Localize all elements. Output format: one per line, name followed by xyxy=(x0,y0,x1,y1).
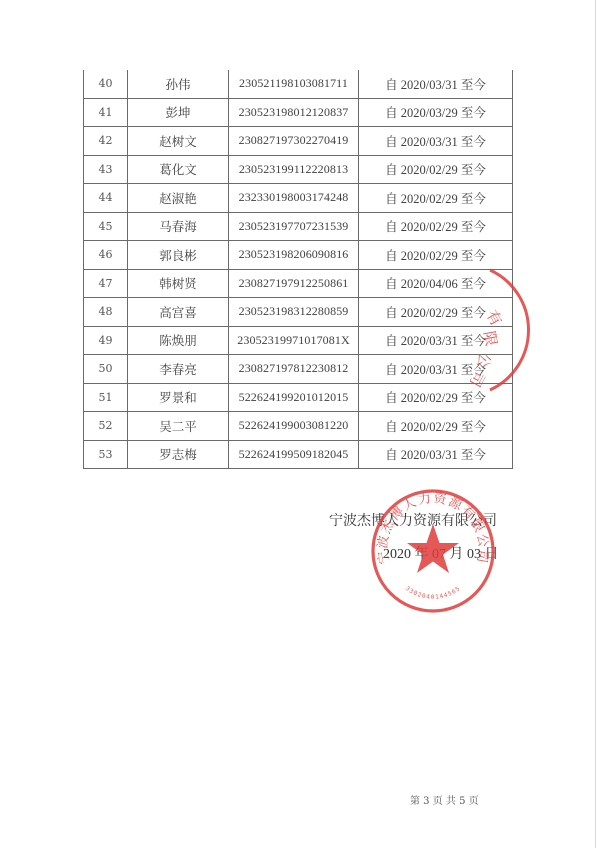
row-number: 50 xyxy=(84,355,128,384)
row-number: 43 xyxy=(84,155,128,184)
page-edge xyxy=(595,0,596,848)
employee-name: 吴二平 xyxy=(128,412,229,441)
table-row: 41彭坤230523198012120837自 2020/03/29 至今 xyxy=(84,98,513,127)
id-number: 230523198012120837 xyxy=(229,98,359,127)
employment-period: 自 2020/02/29 至今 xyxy=(359,212,513,241)
row-number: 48 xyxy=(84,298,128,327)
id-number: 522624199003081220 xyxy=(229,412,359,441)
employment-period: 自 2020/02/29 至今 xyxy=(359,298,513,327)
employee-name: 郭良彬 xyxy=(128,241,229,270)
id-number: 23052319971017081X xyxy=(229,326,359,355)
table-row: 44赵淑艳232330198003174248自 2020/02/29 至今 xyxy=(84,184,513,213)
row-number: 46 xyxy=(84,241,128,270)
row-number: 40 xyxy=(84,70,128,98)
id-number: 230523198206090816 xyxy=(229,241,359,270)
employment-period: 自 2020/03/31 至今 xyxy=(359,440,513,469)
table-row: 51罗景和522624199201012015自 2020/02/29 至今 xyxy=(84,383,513,412)
svg-text:3302040144565: 3302040144565 xyxy=(404,585,462,601)
employment-period: 自 2020/03/31 至今 xyxy=(359,127,513,156)
row-number: 51 xyxy=(84,383,128,412)
row-number: 53 xyxy=(84,440,128,469)
table-row: 50李春亮230827197812230812自 2020/03/31 至今 xyxy=(84,355,513,384)
employee-name: 陈焕朋 xyxy=(128,326,229,355)
employment-period: 自 2020/03/31 至今 xyxy=(359,70,513,98)
row-number: 52 xyxy=(84,412,128,441)
id-number: 230827197302270419 xyxy=(229,127,359,156)
employee-name: 罗景和 xyxy=(128,383,229,412)
id-number: 522624199201012015 xyxy=(229,383,359,412)
id-number: 230523198312280859 xyxy=(229,298,359,327)
employment-period: 自 2020/03/29 至今 xyxy=(359,98,513,127)
table-row: 49陈焕朋23052319971017081X自 2020/03/31 至今 xyxy=(84,326,513,355)
employee-table-body: 40孙伟230521198103081711自 2020/03/31 至今41彭… xyxy=(84,70,513,469)
id-number: 230827197812230812 xyxy=(229,355,359,384)
employment-period: 自 2020/03/31 至今 xyxy=(359,355,513,384)
row-number: 45 xyxy=(84,212,128,241)
employee-name: 葛化文 xyxy=(128,155,229,184)
table-row: 47韩树贤230827197912250861自 2020/04/06 至今 xyxy=(84,269,513,298)
employment-period: 自 2020/02/29 至今 xyxy=(359,155,513,184)
employee-name: 李春亮 xyxy=(128,355,229,384)
employee-name: 赵淑艳 xyxy=(128,184,229,213)
id-number: 230521198103081711 xyxy=(229,70,359,98)
table-row: 52吴二平522624199003081220自 2020/02/29 至今 xyxy=(84,412,513,441)
row-number: 44 xyxy=(84,184,128,213)
employment-period: 自 2020/03/31 至今 xyxy=(359,326,513,355)
table-row: 45马春海230523197707231539自 2020/02/29 至今 xyxy=(84,212,513,241)
page-number: 第 3 页 共 5 页 xyxy=(410,792,479,807)
employee-name: 马春海 xyxy=(128,212,229,241)
employment-period: 自 2020/02/29 至今 xyxy=(359,241,513,270)
row-number: 49 xyxy=(84,326,128,355)
employee-name: 韩树贤 xyxy=(128,269,229,298)
id-number: 522624199509182045 xyxy=(229,440,359,469)
employment-period: 自 2020/02/29 至今 xyxy=(359,412,513,441)
id-number: 230827197912250861 xyxy=(229,269,359,298)
table-row: 40孙伟230521198103081711自 2020/03/31 至今 xyxy=(84,70,513,98)
id-number: 232330198003174248 xyxy=(229,184,359,213)
table-row: 46郭良彬230523198206090816自 2020/02/29 至今 xyxy=(84,241,513,270)
employment-period: 自 2020/02/29 至今 xyxy=(359,383,513,412)
table-row: 43葛化文230523199112220813自 2020/02/29 至今 xyxy=(84,155,513,184)
table-row: 42赵树文230827197302270419自 2020/03/31 至今 xyxy=(84,127,513,156)
employee-name: 赵树文 xyxy=(128,127,229,156)
signature-date: 2020 年 07 月 03 日 xyxy=(383,543,499,563)
row-number: 42 xyxy=(84,127,128,156)
row-number: 41 xyxy=(84,98,128,127)
employment-period: 自 2020/02/29 至今 xyxy=(359,184,513,213)
id-number: 230523197707231539 xyxy=(229,212,359,241)
employment-period: 自 2020/04/06 至今 xyxy=(359,269,513,298)
employee-table: 40孙伟230521198103081711自 2020/03/31 至今41彭… xyxy=(83,70,513,469)
id-number: 230523199112220813 xyxy=(229,155,359,184)
employee-name: 孙伟 xyxy=(128,70,229,98)
employee-name: 罗志梅 xyxy=(128,440,229,469)
employee-name: 彭坤 xyxy=(128,98,229,127)
table-row: 48高宫喜230523198312280859自 2020/02/29 至今 xyxy=(84,298,513,327)
row-number: 47 xyxy=(84,269,128,298)
table-row: 53罗志梅522624199509182045自 2020/03/31 至今 xyxy=(84,440,513,469)
signature-company: 宁波杰博人力资源有限公司 xyxy=(329,510,497,530)
employee-name: 高宫喜 xyxy=(128,298,229,327)
